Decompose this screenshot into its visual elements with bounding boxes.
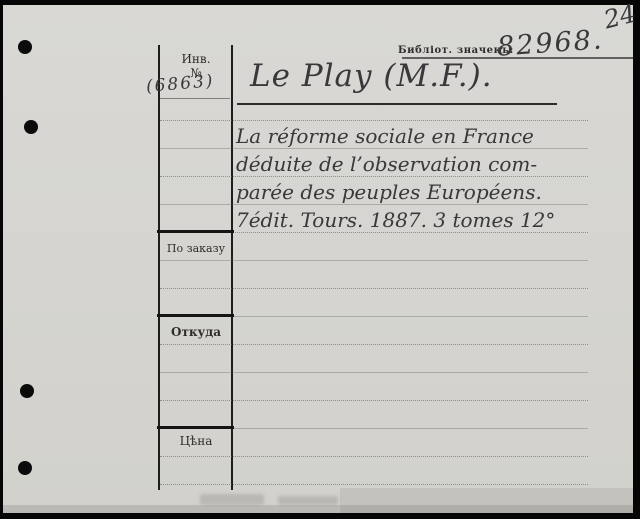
scan-smudge	[278, 496, 338, 505]
scan-frame: Библіот. значекъ: Инв. № По заказу Откуд…	[0, 0, 640, 519]
ruled-line	[160, 288, 588, 289]
ruled-line	[160, 260, 588, 261]
punch-hole	[24, 120, 38, 134]
title-entry-line2: déduite de l’observation com-	[236, 150, 537, 178]
ruled-line	[160, 456, 588, 457]
scan-smudge	[200, 494, 264, 505]
title-entry-line3: parée des peuples Européens.	[236, 178, 542, 206]
section-divider	[157, 426, 234, 429]
price-label: Цѣна	[160, 434, 232, 448]
column-right-line	[231, 45, 233, 490]
order-label: По заказу	[160, 242, 232, 255]
punch-hole	[18, 461, 32, 475]
punch-hole	[20, 384, 34, 398]
scan-shadow	[3, 505, 633, 513]
ruled-line	[233, 316, 588, 317]
ruled-line	[160, 344, 588, 345]
section-divider	[157, 230, 234, 233]
ruled-line	[160, 372, 588, 373]
inventory-label-line1: Инв.	[160, 52, 232, 66]
inventory-underline	[160, 98, 230, 99]
ruled-line	[160, 484, 588, 485]
title-entry-line1: La réforme sociale en France	[236, 122, 534, 150]
author-entry: Le Play (М.F.).	[250, 58, 493, 94]
title-entry-line4: 7édit. Tours. 1887. 3 tomes 12°	[236, 206, 555, 234]
scanned-catalog-card: { "header": { "corner_page_number": "24"…	[0, 0, 640, 519]
ruled-line	[233, 428, 588, 429]
corner-page-number: 24	[601, 0, 639, 34]
origin-label: Откуда	[160, 325, 232, 339]
section-divider	[157, 314, 234, 317]
ruled-line	[160, 120, 588, 121]
author-underline	[237, 103, 557, 105]
ruled-line	[160, 400, 588, 401]
punch-hole	[18, 40, 32, 54]
column-left-line	[158, 45, 160, 490]
